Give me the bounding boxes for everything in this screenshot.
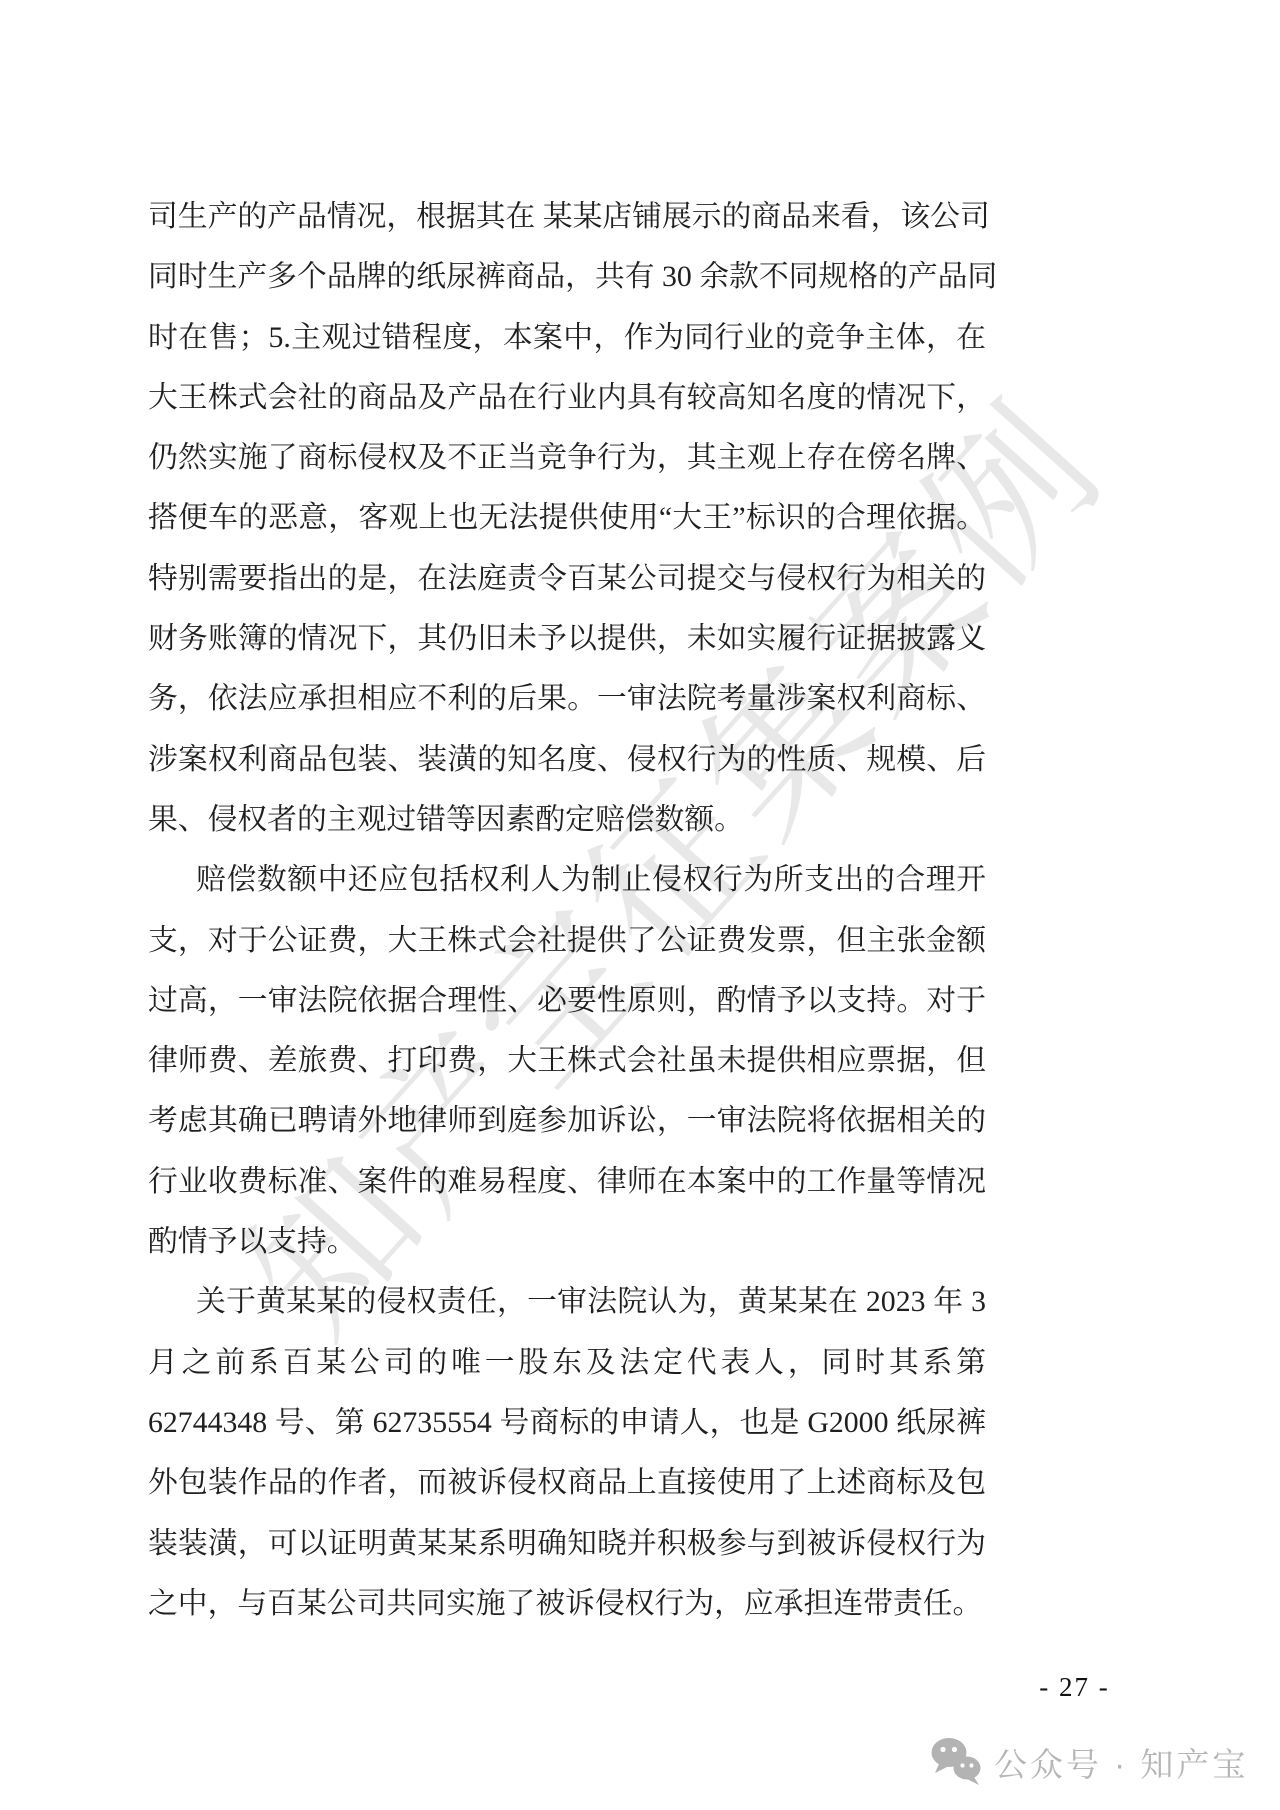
judgment-text-block: 司生产的产品情况，根据其在 某某店铺展示的商品来看，该公司 同时生产多个品牌的纸… <box>148 187 986 1634</box>
text-line: 外包装作品的作者，而被诉侵权商品上直接使用了上述商标及包 <box>148 1453 986 1513</box>
text-line: 时在售；5.主观过错程度，本案中，作为同行业的竞争主体，在 <box>148 308 986 368</box>
text-line: 装装潢，可以证明黄某某系明确知晓并积极参与到被诉侵权行为 <box>148 1514 986 1574</box>
text-line: 搭便车的恶意，客观上也无法提供使用“大王”标识的合理依据。 <box>148 488 986 548</box>
wechat-account-label: 公众号 · 知产宝 <box>994 1739 1248 1786</box>
text-line: 行业收费标准、案件的难易程度、律师在本案中的工作量等情况 <box>148 1152 986 1212</box>
text-line: 过高，一审法院依据合理性、必要性原则，酌情予以支持。对于 <box>148 971 986 1031</box>
text-line: 考虑其确已聘请外地律师到庭参加诉讼，一审法院将依据相关的 <box>148 1091 986 1151</box>
text-line: 同时生产多个品牌的纸尿裤商品，共有 30 余款不同规格的产品同 <box>148 247 986 307</box>
document-page: 知产宝征集案例 司生产的产品情况，根据其在 某某店铺展示的商品来看，该公司 同时… <box>0 0 1280 1810</box>
text-line: 涉案权利商品包装、装潢的知名度、侵权行为的性质、规模、后 <box>148 730 986 790</box>
text-line: 务，依法应承担相应不利的后果。一审法院考量涉案权利商标、 <box>148 669 986 729</box>
text-line: 之中，与百某公司共同实施了被诉侵权行为，应承担连带责任。 <box>148 1574 986 1634</box>
wechat-icon <box>930 1736 984 1788</box>
text-line: 律师费、差旅费、打印费，大王株式会社虽未提供相应票据，但 <box>148 1031 986 1091</box>
text-line: 酌情予以支持。 <box>148 1212 986 1272</box>
text-line: 财务账簿的情况下，其仍旧未予以提供，未如实履行证据披露义 <box>148 609 986 669</box>
text-line: 仍然实施了商标侵权及不正当竞争行为，其主观上存在傍名牌、 <box>148 428 986 488</box>
text-line: 大王株式会社的商品及产品在行业内具有较高知名度的情况下， <box>148 368 986 428</box>
text-line: 司生产的产品情况，根据其在 某某店铺展示的商品来看，该公司 <box>148 187 986 247</box>
text-line: 果、侵权者的主观过错等因素酌定赔偿数额。 <box>148 790 986 850</box>
text-line: 62744348 号、第 62735554 号商标的申请人，也是 G2000 纸… <box>148 1393 986 1453</box>
page-number: - 27 - <box>1002 1672 1147 1703</box>
wechat-footer: 公众号 · 知产宝 <box>930 1734 1248 1790</box>
text-line: 支，对于公证费，大王株式会社提供了公证费发票，但主张金额 <box>148 911 986 971</box>
text-line: 关于黄某某的侵权责任，一审法院认为，黄某某在 2023 年 3 <box>148 1272 986 1332</box>
text-line: 特别需要指出的是，在法庭责令百某公司提交与侵权行为相关的 <box>148 549 986 609</box>
text-line: 月之前系百某公司的唯一股东及法定代表人，同时其系第 <box>148 1333 986 1393</box>
text-line: 赔偿数额中还应包括权利人为制止侵权行为所支出的合理开 <box>148 850 986 910</box>
